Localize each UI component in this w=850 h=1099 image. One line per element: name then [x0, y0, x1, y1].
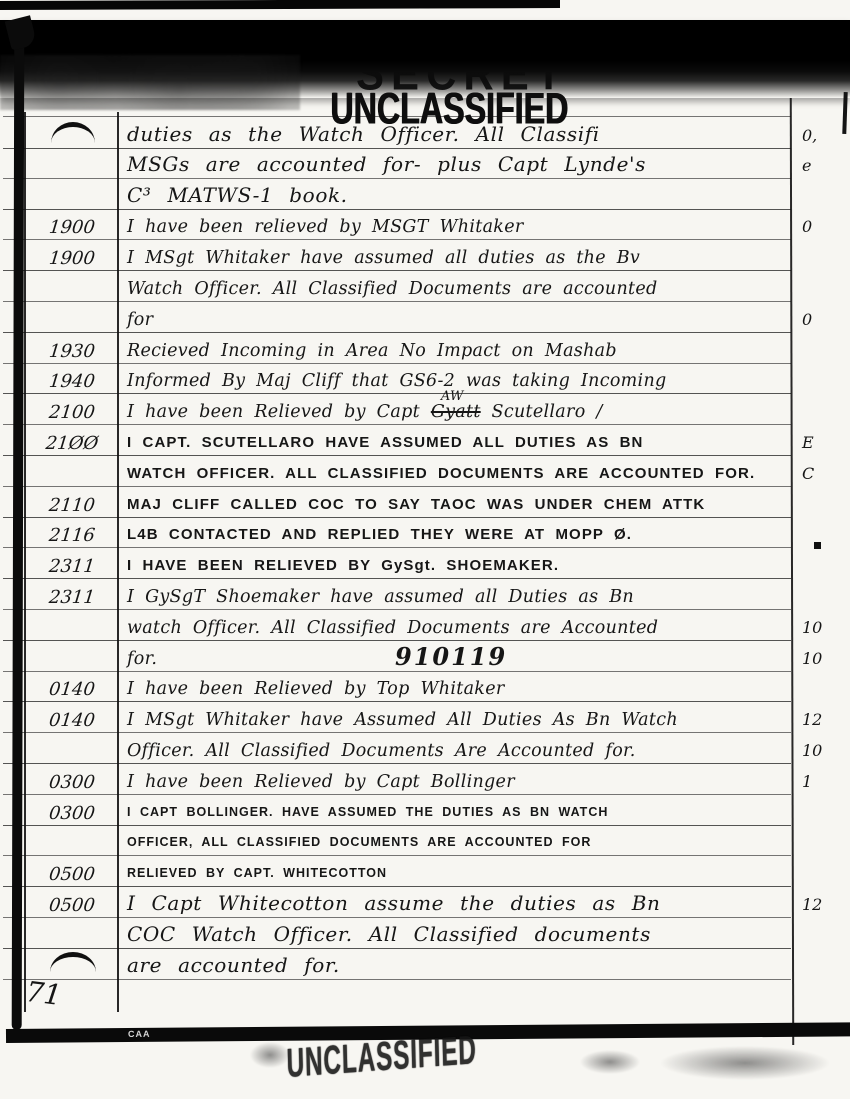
log-row: watch Officer. All Classified Documents …: [3, 609, 791, 641]
strikethrough-word: AWGyatt: [431, 402, 481, 422]
log-row: 1900 I have been relieved by MSGT Whitak…: [3, 208, 791, 240]
entry-text: I MSgt Whitaker have Assumed All Duties …: [127, 710, 678, 730]
time-cell: 1900: [24, 217, 120, 238]
entry-text: watch Officer. All Classified Documents …: [127, 618, 658, 638]
entry-text: I HAVE BEEN RELIEVED BY GySgt. SHOEMAKER…: [127, 557, 559, 574]
scribble-mark: 71: [24, 975, 63, 1012]
scan-noise: [0, 55, 300, 110]
entry-text: Watch Officer. All Classified Documents …: [127, 279, 658, 299]
log-row: 21ØØ I CAPT. SCUTELLARO HAVE ASSUMED ALL…: [3, 424, 791, 456]
entry-text: I have been relieved by MSGT Whitaker: [127, 217, 524, 237]
entry-text: I CAPT BOLLINGER. HAVE ASSUMED THE DUTIE…: [127, 805, 608, 819]
entry-text: COC Watch Officer. All Classified docume…: [127, 922, 651, 946]
margin-fragment: 1: [802, 772, 812, 791]
entry-text: OFFICER, ALL CLASSIFIED DOCUMENTS ARE AC…: [127, 835, 591, 849]
log-row: are accounted for.: [3, 948, 791, 980]
margin-fragment: 10: [802, 618, 822, 637]
scan-noise: [250, 1042, 290, 1068]
entry-text: WATCH OFFICER. ALL CLASSIFIED DOCUMENTS …: [127, 465, 755, 482]
entry-text: for: [127, 310, 153, 330]
margin-fragment: 0: [802, 217, 812, 236]
margin-fragment: 10: [802, 649, 822, 668]
log-row: OFFICER, ALL CLASSIFIED DOCUMENTS ARE AC…: [3, 824, 791, 856]
margin-fragment: 0: [802, 310, 812, 329]
time-cell: 2311: [24, 556, 120, 577]
time-cell: 2116: [24, 525, 120, 546]
correction-text: AW: [441, 389, 464, 404]
entry-text: MSGs are accounted for- plus Capt Lynde'…: [127, 152, 646, 176]
log-row: 2311 I GySgT Shoemaker have assumed all …: [3, 578, 791, 610]
log-row: 2110 MAJ CLIFF CALLED COC TO SAY TAOC WA…: [3, 486, 791, 518]
log-row: 1930 Recieved Incoming in Area No Impact…: [3, 332, 791, 364]
entry-text: I have been Relieved by Capt AWGyatt Scu…: [127, 402, 603, 422]
margin-fragment: 10: [802, 741, 822, 760]
scan-noise: [842, 92, 847, 134]
entry-text: I have been Relieved by Top Whitaker: [127, 679, 505, 699]
margin-fragment: E: [802, 433, 814, 452]
entry-text: Informed By Maj Cliff that GS6-2 was tak…: [127, 371, 667, 391]
log-row: 0140 I MSgt Whitaker have Assumed All Du…: [3, 701, 791, 733]
log-row: 2100 I have been Relieved by Capt AWGyat…: [3, 393, 791, 425]
log-row: 0300 I CAPT BOLLINGER. HAVE ASSUMED THE …: [3, 794, 791, 826]
time-cell: 1900: [24, 248, 120, 269]
entry-text: I GySgT Shoemaker have assumed all Dutie…: [127, 587, 634, 607]
log-row: 1900 I MSgt Whitaker have assumed all du…: [3, 239, 791, 271]
log-row: 2116 L4B CONTACTED AND REPLIED THEY WERE…: [3, 516, 791, 548]
entry-text: RELIEVED BY CAPT. WHITECOTTON: [127, 866, 387, 880]
ink-dot: [814, 542, 821, 549]
entry-text: Recieved Incoming in Area No Impact on M…: [127, 341, 617, 361]
entry-text: are accounted for.: [127, 953, 340, 977]
unclassified-stamp-top: UNCLASSIFIED: [330, 84, 568, 135]
log-row: 0140 I have been Relieved by Top Whitake…: [3, 670, 791, 702]
caret-mark: [51, 122, 95, 143]
log-row: 2311 I HAVE BEEN RELIEVED BY GySgt. SHOE…: [3, 547, 791, 579]
entry-text-post: Scutellaro /: [481, 402, 603, 422]
bar-code-text: CAA: [128, 1029, 151, 1039]
table-left-border: [24, 112, 26, 1012]
entry-text: C³ MATWS-1 book.: [127, 183, 348, 207]
time-cell: 2110: [24, 495, 120, 516]
time-cell: 2311: [24, 587, 120, 608]
log-row: for 0: [3, 301, 791, 333]
margin-fragment: 12: [802, 710, 822, 729]
log-row: Watch Officer. All Classified Documents …: [3, 270, 791, 302]
time-cell: 0300: [24, 772, 120, 793]
scan-noise: [660, 1046, 830, 1080]
log-row: MSGs are accounted for- plus Capt Lynde'…: [3, 147, 791, 179]
time-cell: 0500: [24, 864, 120, 885]
entry-text: Officer. All Classified Documents Are Ac…: [127, 741, 636, 761]
margin-fragment: C: [802, 464, 814, 483]
time-cell: 1940: [24, 371, 120, 392]
log-row: for. 910119 10: [3, 640, 791, 672]
entry-text: for.: [127, 649, 157, 669]
table-column-divider: [117, 112, 119, 1012]
log-row: Officer. All Classified Documents Are Ac…: [3, 732, 791, 764]
log-row: C³ MATWS-1 book.: [3, 178, 791, 210]
entry-text: I Capt Whitecotton assume the duties as …: [127, 891, 660, 915]
log-row: WATCH OFFICER. ALL CLASSIFIED DOCUMENTS …: [3, 455, 791, 487]
time-cell: 21ØØ: [24, 433, 120, 454]
entry-text: I have been Relieved by Capt Bollinger: [127, 772, 515, 792]
date-stamp: 910119: [395, 642, 507, 671]
log-row: 0500 I Capt Whitecotton assume the dutie…: [3, 886, 791, 918]
margin-fragment: 12: [802, 895, 822, 914]
time-cell: 1930: [24, 341, 120, 362]
entry-text: L4B CONTACTED AND REPLIED THEY WERE AT M…: [127, 526, 632, 543]
scanned-log-page: SECRET UNCLASSIFIED duties as the Watch …: [0, 0, 850, 1099]
scan-noise: [580, 1050, 640, 1074]
entry-text: MAJ CLIFF CALLED COC TO SAY TAOC WAS UND…: [127, 496, 705, 513]
time-cell: 0140: [24, 679, 120, 700]
scan-edge-artifact-top: [0, 0, 560, 10]
entry-text: I CAPT. SCUTELLARO HAVE ASSUMED ALL DUTI…: [127, 434, 643, 451]
time-cell: 0500: [24, 895, 120, 916]
time-cell: 2100: [24, 402, 120, 423]
margin-fragment: e: [802, 156, 811, 175]
log-row: COC Watch Officer. All Classified docume…: [3, 917, 791, 949]
log-row: 0300 I have been Relieved by Capt Bollin…: [3, 763, 791, 795]
time-cell: 0140: [24, 710, 120, 731]
entry-text: I MSgt Whitaker have assumed all duties …: [127, 248, 640, 268]
time-cell: 0300: [24, 803, 120, 824]
margin-fragment: 0,: [802, 126, 817, 145]
log-row: 1940 Informed By Maj Cliff that GS6-2 wa…: [3, 362, 791, 394]
log-row: 0500 RELIEVED BY CAPT. WHITECOTTON: [3, 855, 791, 887]
entry-text-pre: I have been Relieved by Capt: [127, 402, 431, 422]
struck-text: Gyatt: [431, 402, 481, 422]
